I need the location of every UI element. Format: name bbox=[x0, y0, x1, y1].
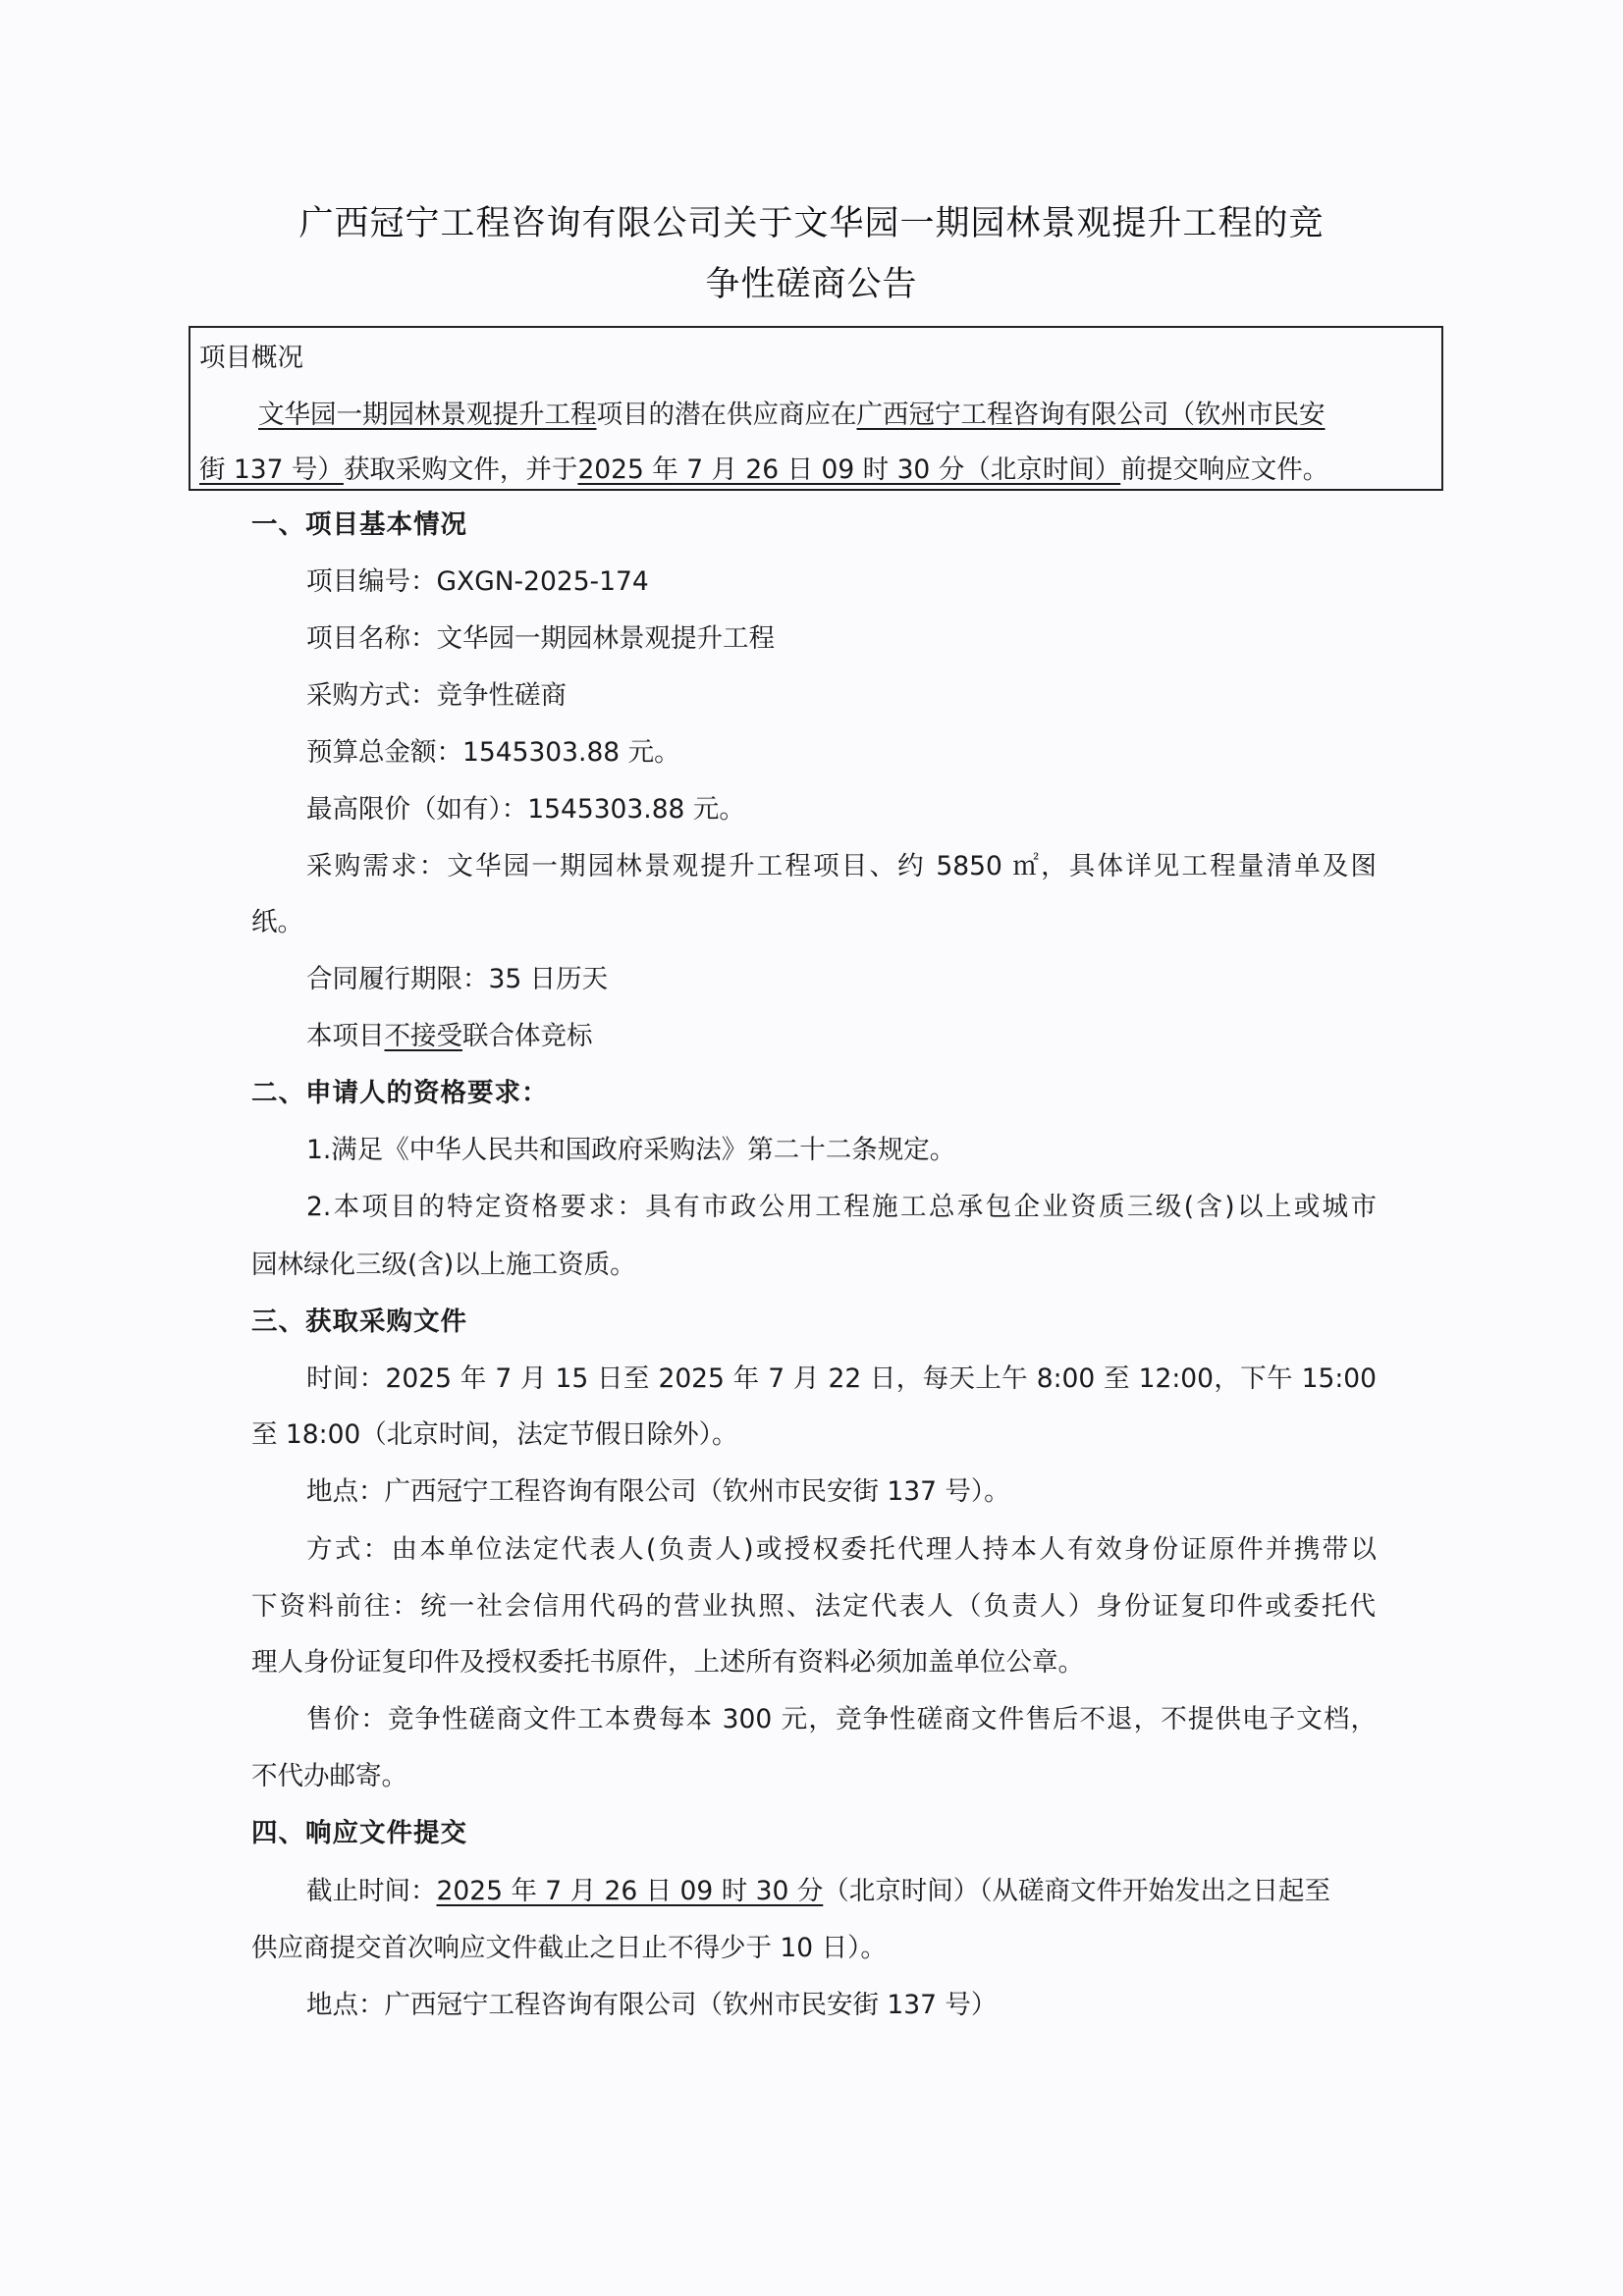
deadline-note: （北京时间）（从磋商文件开始发出之日起至 bbox=[823, 1876, 1330, 1906]
acquisition-method-line-1: 方式：由本单位法定代表人(负责人)或授权委托代理人持本人有效身份证原件并携带以 bbox=[306, 1537, 1377, 1564]
section-2-heading: 二、申请人的资格要求： bbox=[251, 1081, 549, 1107]
project-name: 项目名称：文华园一期园林景观提升工程 bbox=[306, 626, 775, 653]
overview-text: 获取采购文件，并于 bbox=[344, 454, 578, 485]
budget-amount: 预算总金额：1545303.88 元。 bbox=[306, 740, 680, 767]
document-title-line-1: 广西冠宁工程咨询有限公司关于文华园一期园林景观提升工程的竞 bbox=[0, 196, 1623, 245]
acquisition-method-line-2: 下资料前往：统一社会信用代码的营业执照、法定代表人（负责人）身份证复印件或委托代 bbox=[251, 1594, 1376, 1621]
deadline-value: 2025 年 7 月 26 日 09 时 30 分 bbox=[437, 1876, 824, 1906]
overview-heading: 项目概况 bbox=[199, 346, 303, 372]
overview-line-2: 街 137 号）获取采购文件，并于2025 年 7 月 26 日 09 时 30… bbox=[199, 457, 1328, 484]
consortium-not-accepted: 不接受 bbox=[385, 1021, 463, 1051]
overview-deadline: 2025 年 7 月 26 日 09 时 30 分（北京时间） bbox=[577, 454, 1120, 485]
document-price-line-1: 售价：竞争性磋商文件工本费每本 300 元，竞争性磋商文件售后不退，不提供电子文… bbox=[306, 1707, 1377, 1734]
section-4-heading: 四、响应文件提交 bbox=[251, 1821, 467, 1847]
section-1-heading: 一、项目基本情况 bbox=[251, 512, 467, 539]
acquisition-location: 地点：广西冠宁工程咨询有限公司（钦州市民安街 137 号）。 bbox=[306, 1479, 1010, 1506]
overview-line-1: 文华园一期园林景观提升工程项目的潜在供应商应在广西冠宁工程咨询有限公司（钦州市民… bbox=[258, 402, 1325, 429]
qualification-item-2-line-1: 2.本项目的特定资格要求：具有市政公用工程施工总承包企业资质三级(含)以上或城市 bbox=[306, 1195, 1377, 1221]
section-3-heading: 三、获取采购文件 bbox=[251, 1309, 467, 1336]
procurement-requirement-line-2: 纸。 bbox=[251, 910, 303, 936]
procurement-requirement-line-1: 采购需求：文华园一期园林景观提升工程项目、约 5850 ㎡，具体详见工程量清单及… bbox=[306, 854, 1377, 881]
submission-deadline-line-1: 截止时间：2025 年 7 月 26 日 09 时 30 分（北京时间）（从磋商… bbox=[306, 1879, 1330, 1905]
acquisition-time-line-1: 时间：2025 年 7 月 15 日至 2025 年 7 月 22 日，每天上午… bbox=[306, 1366, 1377, 1393]
acquisition-time-line-2: 至 18:00（北京时间，法定节假日除外）。 bbox=[251, 1422, 738, 1449]
contract-period: 合同履行期限：35 日历天 bbox=[306, 967, 608, 993]
qualification-item-1: 1.满足《中华人民共和国政府采购法》第二十二条规定。 bbox=[306, 1138, 955, 1164]
consortium-prefix: 本项目 bbox=[306, 1021, 385, 1051]
overview-company: 广西冠宁工程咨询有限公司（钦州市民安 bbox=[857, 400, 1325, 430]
procurement-method: 采购方式：竞争性磋商 bbox=[306, 683, 567, 710]
deadline-label: 截止时间： bbox=[306, 1876, 437, 1906]
document-price-line-2: 不代办邮寄。 bbox=[251, 1764, 407, 1790]
qualification-item-2-line-2: 园林绿化三级(含)以上施工资质。 bbox=[251, 1253, 636, 1279]
project-number: 项目编号：GXGN-2025-174 bbox=[306, 569, 649, 596]
acquisition-method-line-3: 理人身份证复印件及授权委托书原件，上述所有资料必须加盖单位公章。 bbox=[251, 1650, 1084, 1677]
document-title-line-2: 争性磋商公告 bbox=[0, 257, 1623, 306]
overview-text: 前提交响应文件。 bbox=[1120, 454, 1328, 485]
max-price: 最高限价（如有）：1545303.88 元。 bbox=[306, 797, 745, 824]
overview-address-end: 街 137 号） bbox=[199, 454, 344, 485]
submission-deadline-line-2: 供应商提交首次响应文件截止之日止不得少于 10 日）。 bbox=[251, 1936, 887, 1962]
consortium-policy: 本项目不接受联合体竞标 bbox=[306, 1024, 593, 1050]
consortium-suffix: 联合体竞标 bbox=[462, 1021, 593, 1051]
overview-text: 项目的潜在供应商应在 bbox=[597, 400, 857, 430]
overview-project-name: 文华园一期园林景观提升工程 bbox=[258, 400, 597, 430]
submission-location: 地点：广西冠宁工程咨询有限公司（钦州市民安街 137 号） bbox=[306, 1993, 997, 2019]
